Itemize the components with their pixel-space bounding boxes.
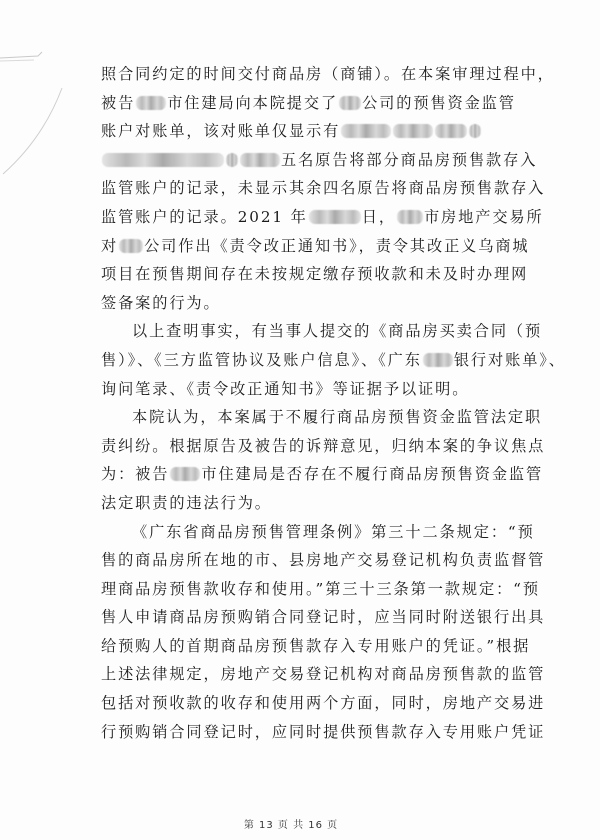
text-segment: 对 xyxy=(101,237,118,255)
text-line: 照合同约定的时间交付商品房（商铺）。在本案审理过程中， xyxy=(101,60,529,89)
page-number-footer: 第 13 页 共 16 页 xyxy=(0,816,582,831)
text-segment: 责纠纷。根据原告及被告的诉辩意见，归纳本案的争议焦点 xyxy=(101,437,545,455)
redacted-text xyxy=(339,96,361,110)
judgment-body-text: 照合同约定的时间交付商品房（商铺）。在本案审理过程中，被告市住建局向本院提交了公… xyxy=(101,60,529,746)
redacted-text xyxy=(435,124,467,138)
text-segment: 银行对账单》、 xyxy=(454,351,566,369)
text-segment: 为：被告 xyxy=(101,465,169,483)
text-line: 为：被告市住建局是否存在不履行商品房预售资金监管 xyxy=(101,460,529,489)
text-line: 售的商品房所在地的市、县房地产交易登记机构负责监督管 xyxy=(101,546,529,575)
text-line: 询问笔录、《责令改正通知书》等证据予以证明。 xyxy=(101,375,529,404)
text-segment: 售的商品房所在地的市、县房地产交易登记机构负责监督管 xyxy=(101,551,545,569)
text-line: 责纠纷。根据原告及被告的诉辩意见，归纳本案的争议焦点 xyxy=(101,432,529,461)
redacted-text xyxy=(397,210,423,224)
text-line: 上述法律规定，房地产交易登记机构对商品房预售款的监管 xyxy=(101,660,529,689)
text-segment: 监管账户的记录，未显示其余四名原告将商品房预售款存入 xyxy=(101,179,545,197)
redacted-text xyxy=(341,124,391,138)
paragraph: 本院认为，本案属于不履行商品房预售资金监管法定职责纠纷。根据原告及被告的诉辩意见… xyxy=(101,403,529,517)
text-line: 签备案的行为。 xyxy=(101,289,529,318)
text-line: 法定职责的违法行为。 xyxy=(101,489,529,518)
text-segment: 日， xyxy=(362,208,396,226)
text-line: 被告市住建局向本院提交了公司的预售资金监管 xyxy=(101,89,529,118)
redacted-text xyxy=(102,153,224,167)
text-line: 账户对账单，该对账单仅显示有 xyxy=(101,117,529,146)
text-segment: 市住建局是否存在不履行商品房预售资金监管 xyxy=(201,465,543,483)
redacted-text xyxy=(136,96,166,110)
text-segment: 本院认为，本案属于不履行商品房预售资金监管法定职 xyxy=(132,408,542,426)
text-line: 监管账户的记录。2021 年日，市房地产交易所 xyxy=(101,203,529,232)
text-line: 售）》、《三方监管协议及账户信息》、《广东银行对账单》、 xyxy=(101,346,529,375)
text-segment: 《广东省商品房预售管理条例》第三十二条规定：“预 xyxy=(132,523,535,541)
redacted-text xyxy=(119,239,143,253)
text-segment: 监管账户的记录。2021 年 xyxy=(101,208,308,226)
text-segment: 市住建局向本院提交了 xyxy=(167,94,338,112)
text-segment: 公司作出《责令改正通知书》，责令其改正义乌商城 xyxy=(144,237,529,255)
text-line: 本院认为，本案属于不履行商品房预售资金监管法定职 xyxy=(101,403,529,432)
text-line: 包括对预收款的收存和使用两个方面，同时，房地产交易进 xyxy=(101,689,529,718)
text-line: 以上查明事实，有当事人提交的《商品房买卖合同（预 xyxy=(101,317,529,346)
text-segment: 理商品房预售款收存和使用。”第三十三条第一款规定：“预 xyxy=(101,580,540,598)
paragraph: 照合同约定的时间交付商品房（商铺）。在本案审理过程中，被告市住建局向本院提交了公… xyxy=(101,60,529,317)
text-line: 项目在预售期间存在未按规定缴存预收款和未及时办理网 xyxy=(101,260,529,289)
redacted-text xyxy=(309,210,361,224)
text-line: 行预购销合同登记时，应同时提供预售款存入专用账户凭证 xyxy=(101,718,529,747)
paragraph: 以上查明事实，有当事人提交的《商品房买卖合同（预售）》、《三方监管协议及账户信息… xyxy=(101,317,529,403)
text-line: 监管账户的记录，未显示其余四名原告将商品房预售款存入 xyxy=(101,174,529,203)
redacted-text xyxy=(423,353,453,367)
text-segment: 市房地产交易所 xyxy=(424,208,544,226)
text-segment: 法定职责的违法行为。 xyxy=(101,494,272,512)
text-segment: 签备案的行为。 xyxy=(101,294,221,312)
text-line: 售人申请商品房预购销合同登记时，应当同时附送银行出具 xyxy=(101,603,529,632)
text-segment: 售人申请商品房预购销合同登记时，应当同时附送银行出具 xyxy=(101,608,545,626)
text-segment: 以上查明事实，有当事人提交的《商品房买卖合同（预 xyxy=(132,322,542,340)
paragraph: 《广东省商品房预售管理条例》第三十二条规定：“预售的商品房所在地的市、县房地产交… xyxy=(101,518,529,747)
text-segment: 账户对账单，该对账单仅显示有 xyxy=(101,122,340,140)
text-segment: 五名原告将部分商品房预售款存入 xyxy=(281,151,537,169)
text-line: 对公司作出《责令改正通知书》，责令其改正义乌商城 xyxy=(101,232,529,261)
text-segment: 给预购人的首期商品房预售款存入专用账户的凭证。”根据 xyxy=(101,637,530,655)
text-segment: 包括对预收款的收存和使用两个方面，同时，房地产交易进 xyxy=(101,694,545,712)
redacted-text xyxy=(469,124,481,138)
text-segment: 售）》、《三方监管协议及账户信息》、《广东 xyxy=(101,351,422,369)
text-segment: 询问笔录、《责令改正通知书》等证据予以证明。 xyxy=(101,380,469,398)
text-segment: 照合同约定的时间交付商品房（商铺）。在本案审理过程中， xyxy=(101,65,555,83)
document-page: 照合同约定的时间交付商品房（商铺）。在本案审理过程中，被告市住建局向本院提交了公… xyxy=(0,0,600,840)
text-segment: 被告 xyxy=(101,94,135,112)
text-line: 给预购人的首期商品房预售款存入专用账户的凭证。”根据 xyxy=(101,632,529,661)
scan-edge-mark xyxy=(0,50,70,190)
redacted-text xyxy=(226,153,238,167)
text-line: 五名原告将部分商品房预售款存入 xyxy=(101,146,529,175)
text-segment: 项目在预售期间存在未按规定缴存预收款和未及时办理网 xyxy=(101,265,528,283)
text-line: 理商品房预售款收存和使用。”第三十三条第一款规定：“预 xyxy=(101,575,529,604)
redacted-text xyxy=(240,153,280,167)
text-segment: 公司的预售资金监管 xyxy=(362,94,516,112)
text-segment: 行预购销合同登记时，应同时提供预售款存入专用账户凭证 xyxy=(101,723,545,741)
redacted-text xyxy=(170,467,200,481)
redacted-text xyxy=(393,124,433,138)
text-line: 《广东省商品房预售管理条例》第三十二条规定：“预 xyxy=(101,518,529,547)
text-segment: 上述法律规定，房地产交易登记机构对商品房预售款的监管 xyxy=(101,665,545,683)
